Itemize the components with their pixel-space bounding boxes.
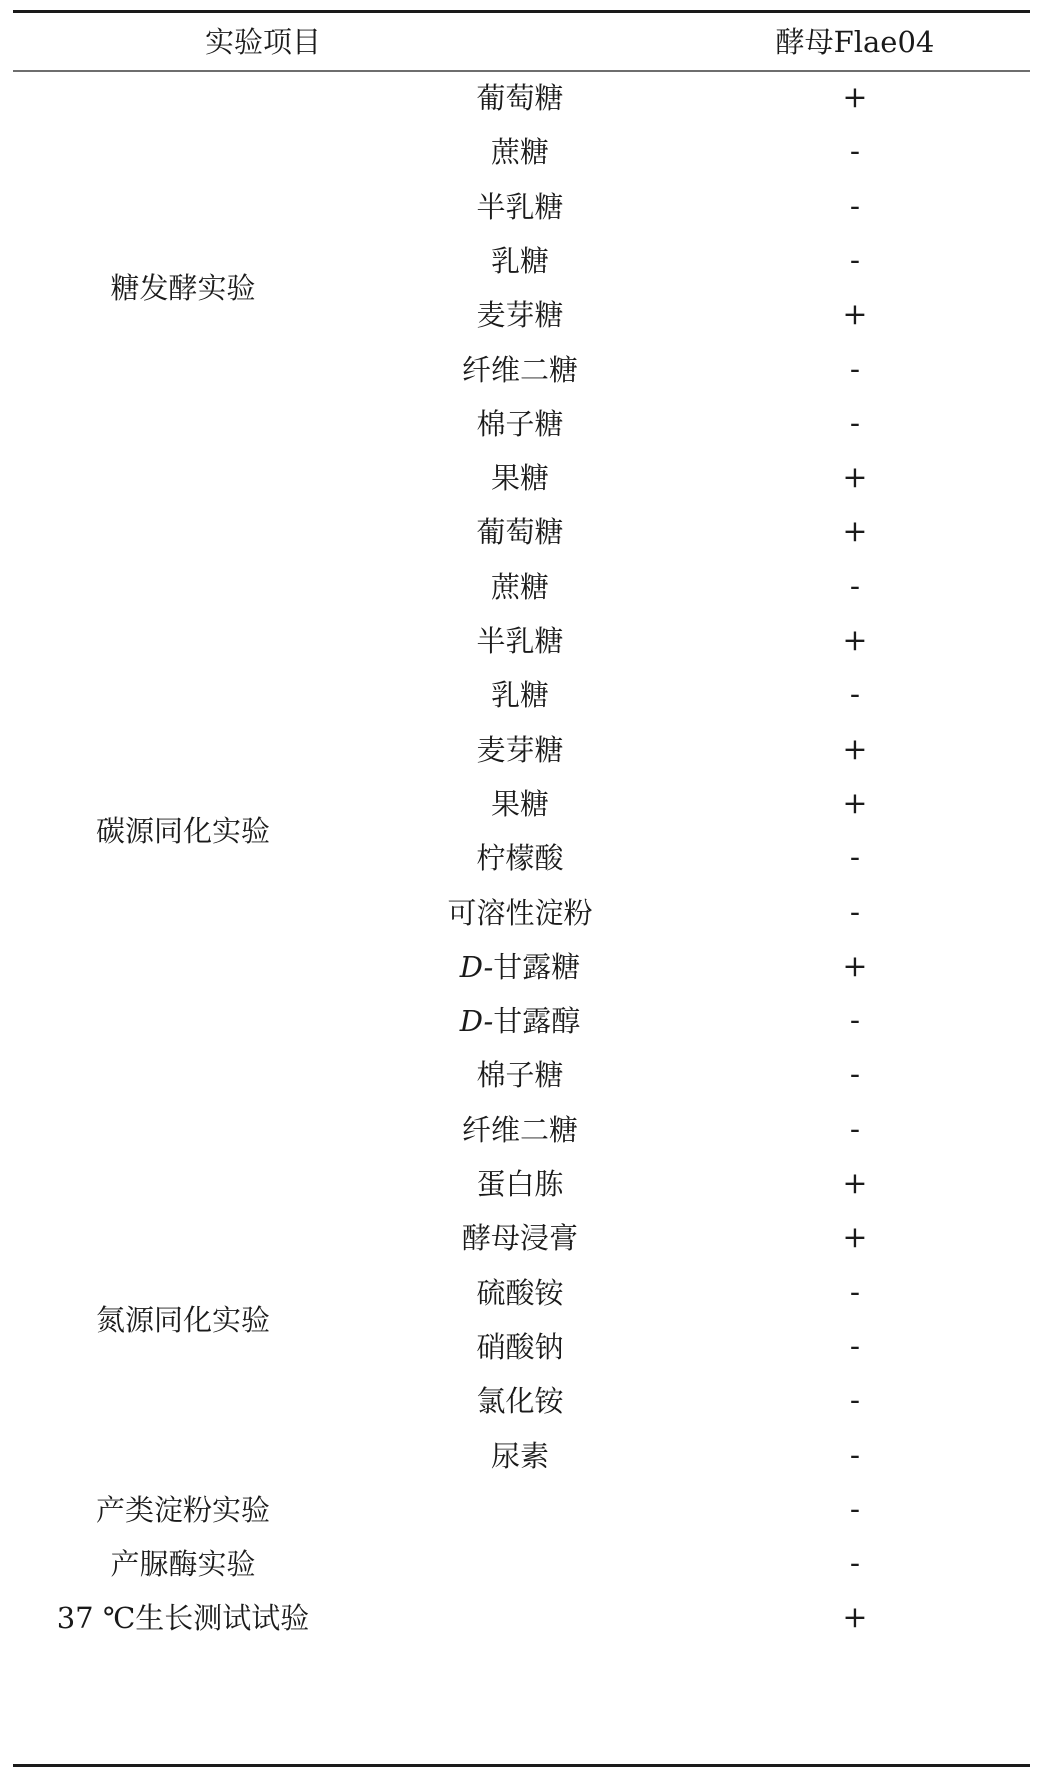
group-label: 产类淀粉实验 (13, 1490, 353, 1530)
item-label: 麦芽糖 (476, 733, 563, 767)
result-value: - (810, 1381, 900, 1421)
item-label: 纤维二糖 (462, 353, 578, 387)
item-label: 酵母浸膏 (462, 1221, 578, 1255)
result-value: - (810, 893, 900, 933)
item-name: 果糖 (380, 784, 660, 824)
result-value: - (810, 1436, 900, 1476)
item-name: 蛋白胨 (380, 1164, 660, 1204)
item-name: 硫酸铵 (380, 1273, 660, 1313)
result-value: - (810, 132, 900, 172)
item-label: 果糖 (491, 461, 549, 495)
item-label: 甘露醇 (493, 1004, 580, 1038)
result-value: + (810, 1164, 900, 1204)
item-name: 硝酸钠 (380, 1327, 660, 1367)
result-value: - (810, 1055, 900, 1095)
item-label: 葡萄糖 (476, 81, 563, 115)
item-label: 葡萄糖 (476, 515, 563, 549)
item-label: 乳糖 (491, 244, 549, 278)
group-label: 氮源同化实验 (13, 1300, 353, 1340)
result-value: - (810, 1544, 900, 1584)
header-item: 实验项目 (13, 20, 513, 64)
item-name: 可溶性淀粉 (380, 893, 660, 933)
table-bottom-rule (13, 1764, 1030, 1767)
result-value: - (810, 350, 900, 390)
item-label: 可溶性淀粉 (447, 896, 592, 930)
item-label: 尿素 (491, 1439, 549, 1473)
result-value: - (810, 1110, 900, 1150)
item-name: 酵母浸膏 (380, 1218, 660, 1258)
group-label: 碳源同化实验 (13, 811, 353, 851)
item-label: 半乳糖 (476, 624, 563, 658)
result-value: - (810, 675, 900, 715)
item-name: 棉子糖 (380, 1055, 660, 1095)
group-label: 37 ℃生长测试试验 (13, 1598, 353, 1638)
result-value: - (810, 1327, 900, 1367)
item-name: 葡萄糖 (380, 512, 660, 552)
result-value: + (810, 1218, 900, 1258)
result-value: + (810, 458, 900, 498)
result-value: + (810, 730, 900, 770)
group-label: 糖发酵实验 (13, 268, 353, 308)
item-label: 蛋白胨 (476, 1167, 563, 1201)
item-label: 麦芽糖 (476, 298, 563, 332)
item-name: 果糖 (380, 458, 660, 498)
item-name: D-甘露糖 (380, 947, 660, 987)
result-value: - (810, 241, 900, 281)
item-label: 硫酸铵 (476, 1276, 563, 1310)
result-value: + (810, 947, 900, 987)
item-name: 纤维二糖 (380, 1110, 660, 1150)
item-label: 柠檬酸 (476, 841, 563, 875)
header-rule (13, 70, 1030, 72)
result-value: - (810, 567, 900, 607)
result-value: + (810, 784, 900, 824)
result-value: - (810, 1001, 900, 1041)
item-label: 蔗糖 (491, 570, 549, 604)
item-label: 半乳糖 (476, 190, 563, 224)
item-name: 麦芽糖 (380, 295, 660, 335)
item-name: 蔗糖 (380, 132, 660, 172)
result-value: + (810, 621, 900, 661)
item-name: 尿素 (380, 1436, 660, 1476)
item-name: 葡萄糖 (380, 78, 660, 118)
item-name: 蔗糖 (380, 567, 660, 607)
item-name: D-甘露醇 (380, 1001, 660, 1041)
item-label: 果糖 (491, 787, 549, 821)
item-name: 氯化铵 (380, 1381, 660, 1421)
item-label: 棉子糖 (476, 407, 563, 441)
item-name: 半乳糖 (380, 187, 660, 227)
result-value: + (810, 1598, 900, 1638)
item-name: 纤维二糖 (380, 350, 660, 390)
item-label: 棉子糖 (476, 1058, 563, 1092)
item-prefix: D- (460, 1004, 494, 1038)
item-label: 甘露糖 (493, 950, 580, 984)
item-name: 麦芽糖 (380, 730, 660, 770)
item-name: 柠檬酸 (380, 838, 660, 878)
item-label: 硝酸钠 (476, 1330, 563, 1364)
item-label: 乳糖 (491, 678, 549, 712)
header-strain: 酵母Flae04 (750, 20, 960, 64)
item-prefix: D- (460, 950, 494, 984)
item-label: 蔗糖 (491, 135, 549, 169)
item-name: 半乳糖 (380, 621, 660, 661)
item-label: 纤维二糖 (462, 1113, 578, 1147)
group-label: 产脲酶实验 (13, 1544, 353, 1584)
item-name: 乳糖 (380, 241, 660, 281)
result-value: - (810, 187, 900, 227)
result-value: + (810, 295, 900, 335)
result-value: + (810, 78, 900, 118)
result-value: - (810, 838, 900, 878)
result-value: - (810, 404, 900, 444)
item-name: 乳糖 (380, 675, 660, 715)
result-value: - (810, 1490, 900, 1530)
table-top-rule (13, 10, 1030, 13)
item-label: 氯化铵 (476, 1384, 563, 1418)
result-value: + (810, 512, 900, 552)
result-value: - (810, 1273, 900, 1313)
item-name: 棉子糖 (380, 404, 660, 444)
